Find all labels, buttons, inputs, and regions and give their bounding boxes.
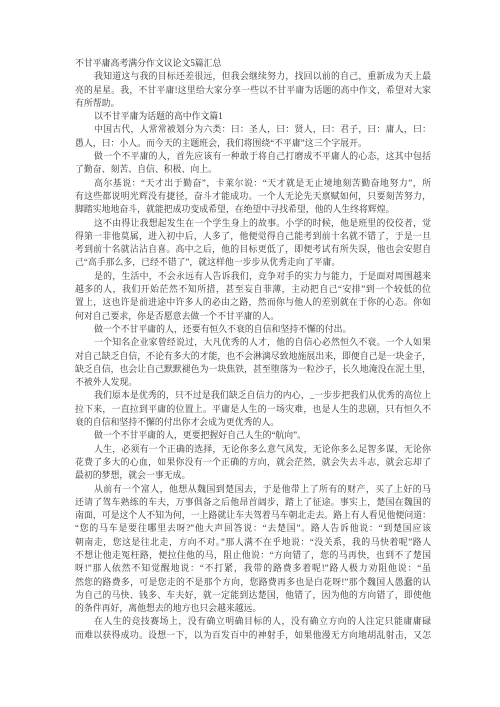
- text-line: 在人生的竞技赛场上，没有确立明确目标的人，没有确立方向的人注定只能庸庸碌碌，: [75, 615, 431, 628]
- text-line: 缺乏自信，也会让自己默默褪色为一块焦铁，甚至堕落为一粒沙子，长久地淹没在泥土里，: [75, 363, 431, 376]
- text-line: 做一个不甘平庸的人，还要有恒久不衰的自信和坚持不懈的付出。: [75, 323, 431, 336]
- text-line: 衰的自信和坚持不懈的付出你才会成为更优秀的人。: [75, 416, 431, 429]
- text-line: 得第一非他莫属，进入初中后，人多了，他便觉得自己能考到前十名就不错了，于是一旦: [75, 230, 431, 243]
- text-line: 拉下来，一直拉到平庸的位置上。平庸是人生的一场灾难，也是人生的悲剧，只有恒久不: [75, 403, 431, 416]
- text-line: 还请了驾车熟练的车夫，万事俱备之后他昂首阔步，踏上了征途。事实上，楚国在魏国的: [75, 496, 431, 509]
- text-line: 对自己缺乏自信，不论有多大的才能，也不会淋漓尽致地施展出来，即便自己是一块金子，: [75, 350, 431, 363]
- text-line: “您的马车是要往哪里去呀?”他大声回答说：“去楚国”。路人告诉他说：“到楚国应该: [75, 522, 431, 535]
- text-line: 有这些都说明光辉没有捷径，奋斗才能成功。一个人无论先天禀赋如何，只要刻苦努力，: [75, 190, 431, 203]
- text-line: 高尔基说：“天才出于勤奋”，卡莱尔说：“天才就是无止境地刻苦勤奋地努力”，所: [75, 177, 431, 190]
- text-line: 呀!”那人依然不知觉醒地说：“不打紧，我带的路费多着呢!”路人极力劝阻他说：“虽: [75, 562, 431, 575]
- text-line: 一个知名企业家曾经说过，大凡优秀的人才，他的自信心必然恒久不衰。一个人如果: [75, 336, 431, 349]
- text-line: 为自己的马快、钱多、车夫好，就一定能到达楚国，他错了，因为他的方向错了，即使他: [75, 589, 431, 602]
- text-line: 何对自己要求，你是否愿意去做一个不甘平庸的人。: [75, 310, 431, 323]
- text-line: 人生，必须有一个正确的选择，无论你多么意气风发，无论你多么足智多谋，无论你: [75, 443, 431, 456]
- text-line: 花费了多大的心血，如果你没有一个正确的方向，就会茫然，就会失去斗志，就会忘却了: [75, 456, 431, 469]
- text-line: 亮的星星。我，不甘平庸!这里给大家分享一些以不甘平庸为话题的高中作文，希望对大家: [75, 84, 431, 97]
- text-line: 越多的人，我们开始茫然不知所措，甚至妄自菲薄，主动把自己“安排”到一个较低的位: [75, 283, 431, 296]
- text-line: 愚人，曰：小人。而今天的主题班会，我们将围绕“不平庸”这三个字展开。: [75, 137, 431, 150]
- text-line: 我知道这与我的目标还差很远，但我会继续努力，找回以前的自己，重新成为天上最: [75, 70, 431, 83]
- text-line: 这不由得让我想起发生在一个学生身上的故事。小学的时候，他是班里的佼佼者，觉: [75, 217, 431, 230]
- text-line: 不甘平庸高考满分作文议论文5篇汇总: [75, 57, 431, 70]
- text-line: 然您的路费多，可是您走的不是那个方向，您路费再多也是白花呀!”那个魏国人愚蠢的认: [75, 576, 431, 589]
- text-line: 有所帮助。: [75, 97, 431, 110]
- text-line: 是的，生活中，不会永远有人告诉我们，竞争对手的实力与能力，于是面对周围越来: [75, 270, 431, 283]
- document-page: 不甘平庸高考满分作文议论文5篇汇总我知道这与我的目标还差很远，但我会继续努力，找…: [0, 0, 500, 707]
- text-line: 不想让他走冤枉路，便拉住他的马，阻止他说：“方向错了，您的马再快，也到不了楚国: [75, 549, 431, 562]
- text-line: 而难以获得成功。设想一下，以为百发百中的神射手，如果他漫无方向地胡乱射击，又怎: [75, 629, 431, 642]
- text-line: 我们原本是优秀的，只不过是我们缺乏自信力的内心，_一步步把我们从优秀的高位上: [75, 389, 431, 402]
- text-line: 考到前十名就沾沾自喜。高中之后，他的目标更低了，即便考试有所失误，他也会安慰自: [75, 243, 431, 256]
- text-line: 己“高手那么多，已经不错了”，就这样他一步步从优秀走向了平庸。: [75, 256, 431, 269]
- text-line: 不被外人发现。: [75, 376, 431, 389]
- essay-text-block: 不甘平庸高考满分作文议论文5篇汇总我知道这与我的目标还差很远，但我会继续努力，找…: [75, 57, 431, 642]
- text-line: 的条件再好，离他想去的地方也只会越来越远。: [75, 602, 431, 615]
- text-line: 南面，可是这个人不知为何，一上路就让车夫驾着马车朝北走去。路上有人看见他便问道：: [75, 509, 431, 522]
- text-line: 置上，这也许是前进途中许多人的必由之路，然而你与他人的差别就在于你的心态。你如: [75, 296, 431, 309]
- text-line: 脚踏实地地奋斗，就能把成功变成希望，在绝望中寻找希望，他的人生终将辉煌。: [75, 203, 431, 216]
- text-line: 最初的梦想，就会一事无成。: [75, 469, 431, 482]
- text-line: 以不甘平庸为话题的高中作文篇1: [75, 110, 431, 123]
- text-line: 了勤奋、刻苦、自信、积极、向上。: [75, 163, 431, 176]
- text-line: 从前有一个富人，他想从魏国到楚国去，于是他带上了所有的财产，买了上好的马匹，: [75, 483, 431, 496]
- text-line: 做一个不平庸的人，首先应该有一种敢于将自己打磨成不平庸人的心态，这其中包括: [75, 150, 431, 163]
- text-line: 朝南走，您这是往北走，方向不对。”那人满不在乎地说：“没关系，我的马快着呢”路人: [75, 536, 431, 549]
- text-line: 做一个不甘平庸的人，更要把握好自己人生的“航向”。: [75, 429, 431, 442]
- text-line: 中国古代，人常常被划分为六类：曰：圣人，曰：贤人，曰：君子，曰：庸人，曰：: [75, 123, 431, 136]
